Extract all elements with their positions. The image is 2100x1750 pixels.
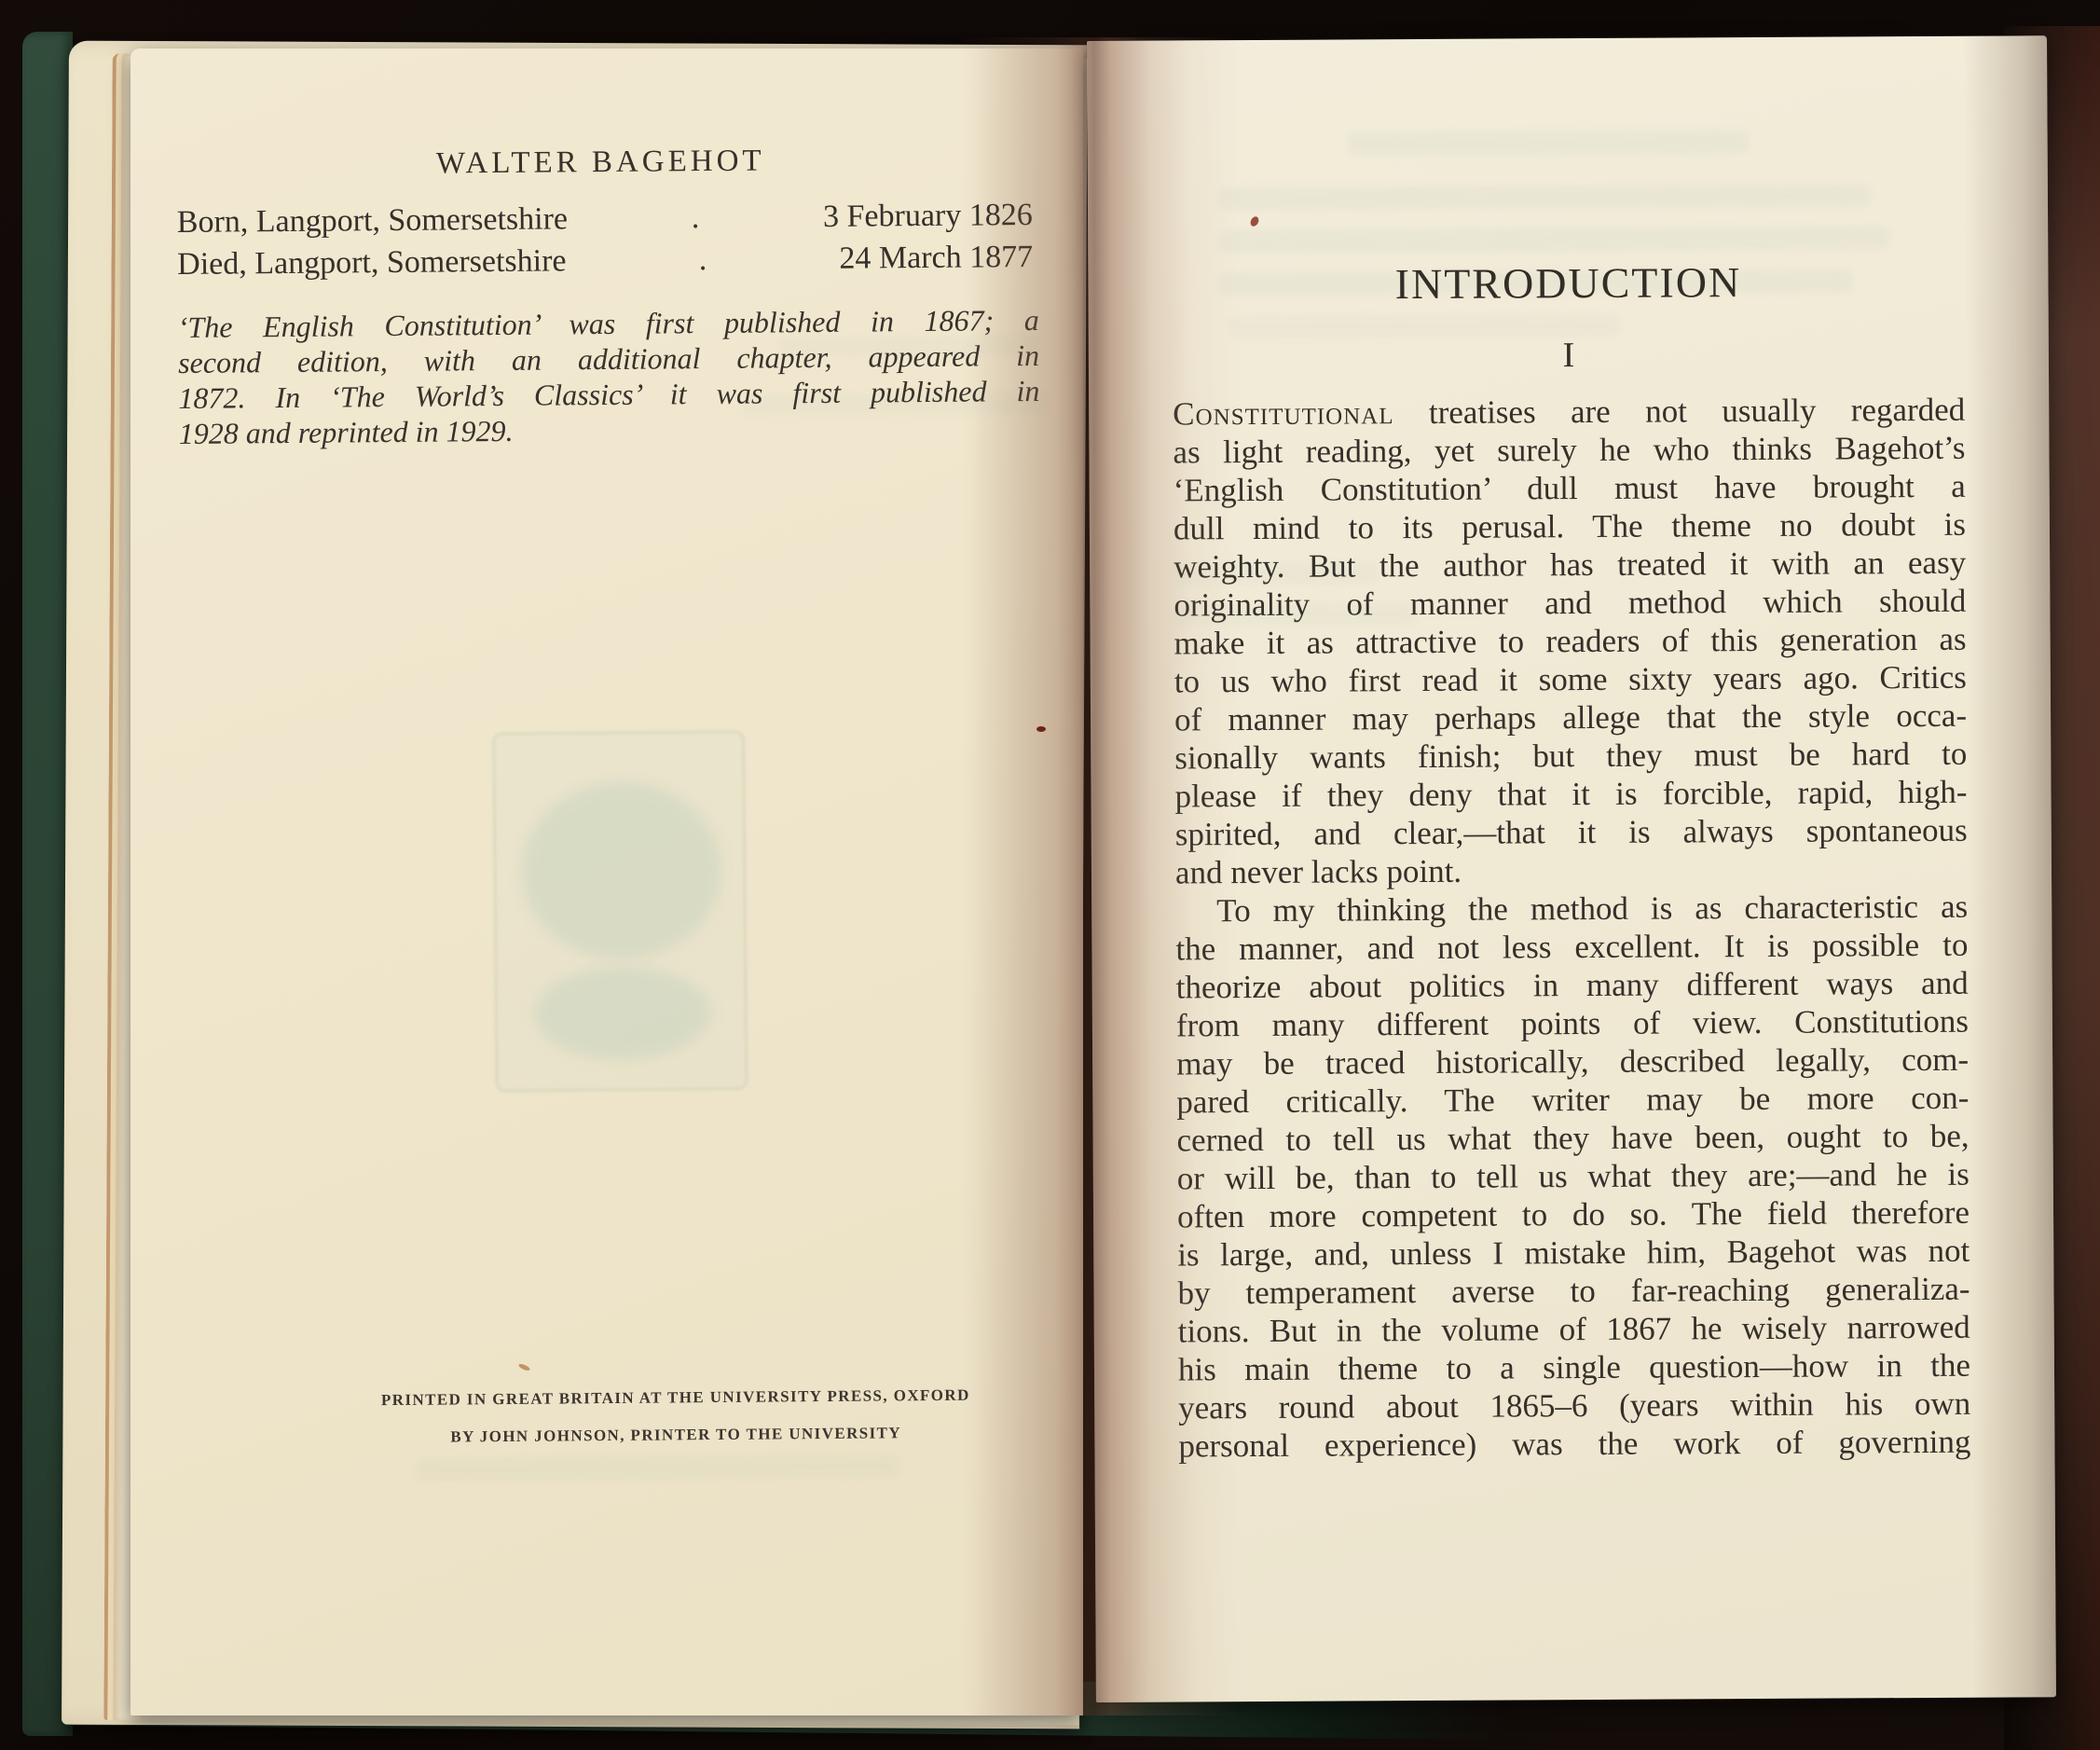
lead-word-smallcaps: Constitutional [1173,394,1394,432]
author-name-heading: WALTER BAGEHOT [124,142,1077,185]
first-line-rest: treatises are not usually regarded [1393,392,1965,431]
vitals-label: Born, Langport, Somersetshire [177,198,569,243]
text-line: To my thinking the method is as characte… [1175,888,1968,930]
emblem-showthrough [493,731,748,1092]
emblem-blob [534,966,712,1061]
text-line: from many different points of view. Cons… [1176,1002,1969,1045]
left-page: WALTER BAGEHOT Born, Langport, Somersets… [130,48,1083,1716]
text-line: sionally wants finish; but they must be … [1174,735,1967,778]
printer-imprint: PRINTED IN GREAT BRITAIN AT THE UNIVERSI… [228,1375,1124,1457]
paper-speck [1036,726,1046,732]
text-line: often more competent to do so. The field… [1177,1193,1970,1236]
text-line: to us who first read it some sixty years… [1174,658,1967,701]
vitals-date: 3 February 1826 [823,194,1033,238]
left-page-content: WALTER BAGEHOT Born, Langport, Somersets… [123,45,1091,1720]
vitals-separator: . [568,196,823,240]
imprint-line: PRINTED IN GREAT BRITAIN AT THE UNIVERSI… [228,1375,1123,1420]
vitals-label: Died, Langport, Somersetshire [177,240,567,285]
imprint-line: BY JOHN JOHNSON, PRINTER TO THE UNIVERSI… [228,1412,1123,1457]
text-line: personal experience) was the work of gov… [1178,1423,1970,1466]
text-line: please if they deny that it is forcible,… [1174,773,1967,816]
imprint-showthrough [415,1454,899,1482]
vitals-table: Born, Langport, Somersetshire . 3 Februa… [177,194,1034,285]
text-line: spirited, and clear,—that it is always s… [1175,811,1968,854]
showthrough-ghost [1349,131,1750,155]
right-page: INTRODUCTION I Constitutional treatises … [1087,35,2056,1702]
publication-note: ‘The English Constitution’ was first pub… [178,302,1040,451]
text-line: tions. But in the volume of 1867 he wise… [1178,1308,1970,1351]
emblem-blob [521,781,722,960]
paragraph-1: as light reading, yet surely he who thin… [1173,429,1968,892]
vitals-separator: . [566,238,839,282]
text-line: his main theme to a single question—how … [1178,1346,1970,1389]
text-line: pared critically. The writer may be more… [1176,1079,1969,1122]
section-numeral: I [1089,332,2049,379]
text-line: ‘English Constitution’ dull must have br… [1174,467,1966,510]
vitals-row-born: Born, Langport, Somersetshire . 3 Februa… [177,194,1033,243]
chapter-heading: INTRODUCTION [1088,255,2048,310]
paragraph-2: To my thinking the method is as characte… [1175,888,1970,1466]
body-text: Constitutional treatises are not usually… [1173,391,1970,1466]
text-line: or will be, than to tell us what they ar… [1177,1155,1970,1198]
text-line: as light reading, yet surely he who thin… [1173,429,1965,472]
text-line: Constitutional treatises are not usually… [1173,391,1965,434]
text-line: and never lacks point. [1175,849,1968,892]
text-line: make it as attractive to readers of this… [1174,620,1966,663]
text-line: dull mind to its perusal. The theme no d… [1174,505,1966,548]
vitals-row-died: Died, Langport, Somersetshire . 24 March… [177,236,1033,285]
text-line: theorize about politics in many differen… [1176,964,1969,1007]
text-line: cerned to tell us what they have been, o… [1176,1117,1969,1160]
vitals-date: 24 March 1877 [839,236,1033,280]
text-line: originality of manner and method which s… [1174,582,1966,625]
open-book-photo: WALTER BAGEHOT Born, Langport, Somersets… [0,0,2100,1750]
text-line: may be traced historically, described le… [1176,1040,1969,1083]
text-line: 1928 and reprinted in 1929. [179,408,1040,451]
showthrough-ghost [1218,184,1871,210]
text-line: weighty. But the author has treated it w… [1174,544,1966,586]
text-line: the manner, and not less excellent. It i… [1175,926,1968,969]
showthrough-ghost [1218,227,1889,253]
text-line: years round about 1865–6 (years within h… [1178,1385,1970,1427]
text-line: of manner may perhaps allege that the st… [1174,696,1967,739]
text-line: is large, and, unless I mistake him, Bag… [1177,1232,1970,1275]
text-line: by temperament averse to far-reaching ge… [1177,1270,1970,1313]
